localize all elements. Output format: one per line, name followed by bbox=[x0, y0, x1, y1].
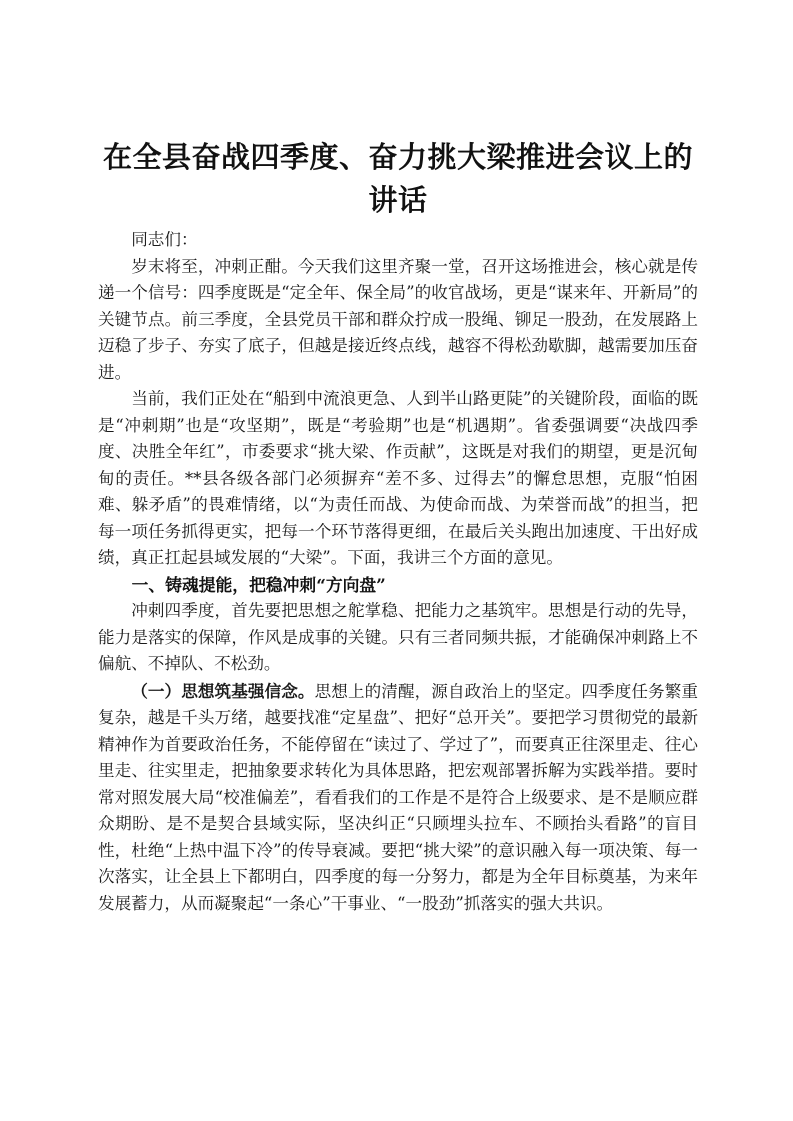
paragraph-section-intro: 冲刺四季度，首先要把思想之舵掌稳、把能力之基筑牢。思想是行动的先导，能力是落实的… bbox=[98, 598, 698, 678]
paragraph-opening: 岁末将至，冲刺正酣。今天我们这里齐聚一堂，召开这场推进会，核心就是传递一个信号：… bbox=[98, 254, 698, 387]
paragraph-situation: 当前，我们正处在“船到中流浪更急、人到半山路更陡”的关键阶段，面临的既是“冲刺期… bbox=[98, 386, 698, 572]
salutation: 同志们： bbox=[98, 227, 698, 254]
paragraph-point-1-lead: （一）思想筑基强信念。 bbox=[131, 681, 314, 701]
section-heading-1: 一、铸魂提能，把稳冲刺“方向盘” bbox=[98, 572, 698, 599]
paragraph-point-1-text: 思想上的清醒，源自政治上的坚定。四季度任务繁重复杂，越是千头万绪，越要找准“定星… bbox=[98, 682, 698, 913]
document-title: 在全县奋战四季度、奋力挑大梁推进会议上的讲话 bbox=[98, 136, 698, 222]
paragraph-point-1: （一）思想筑基强信念。思想上的清醒，源自政治上的坚定。四季度任务繁重复杂，越是千… bbox=[98, 678, 698, 918]
document-page: 在全县奋战四季度、奋力挑大梁推进会议上的讲话 同志们： 岁末将至，冲刺正酣。今天… bbox=[0, 0, 793, 1121]
document-body: 同志们： 岁末将至，冲刺正酣。今天我们这里齐聚一堂，召开这场推进会，核心就是传递… bbox=[98, 227, 698, 917]
